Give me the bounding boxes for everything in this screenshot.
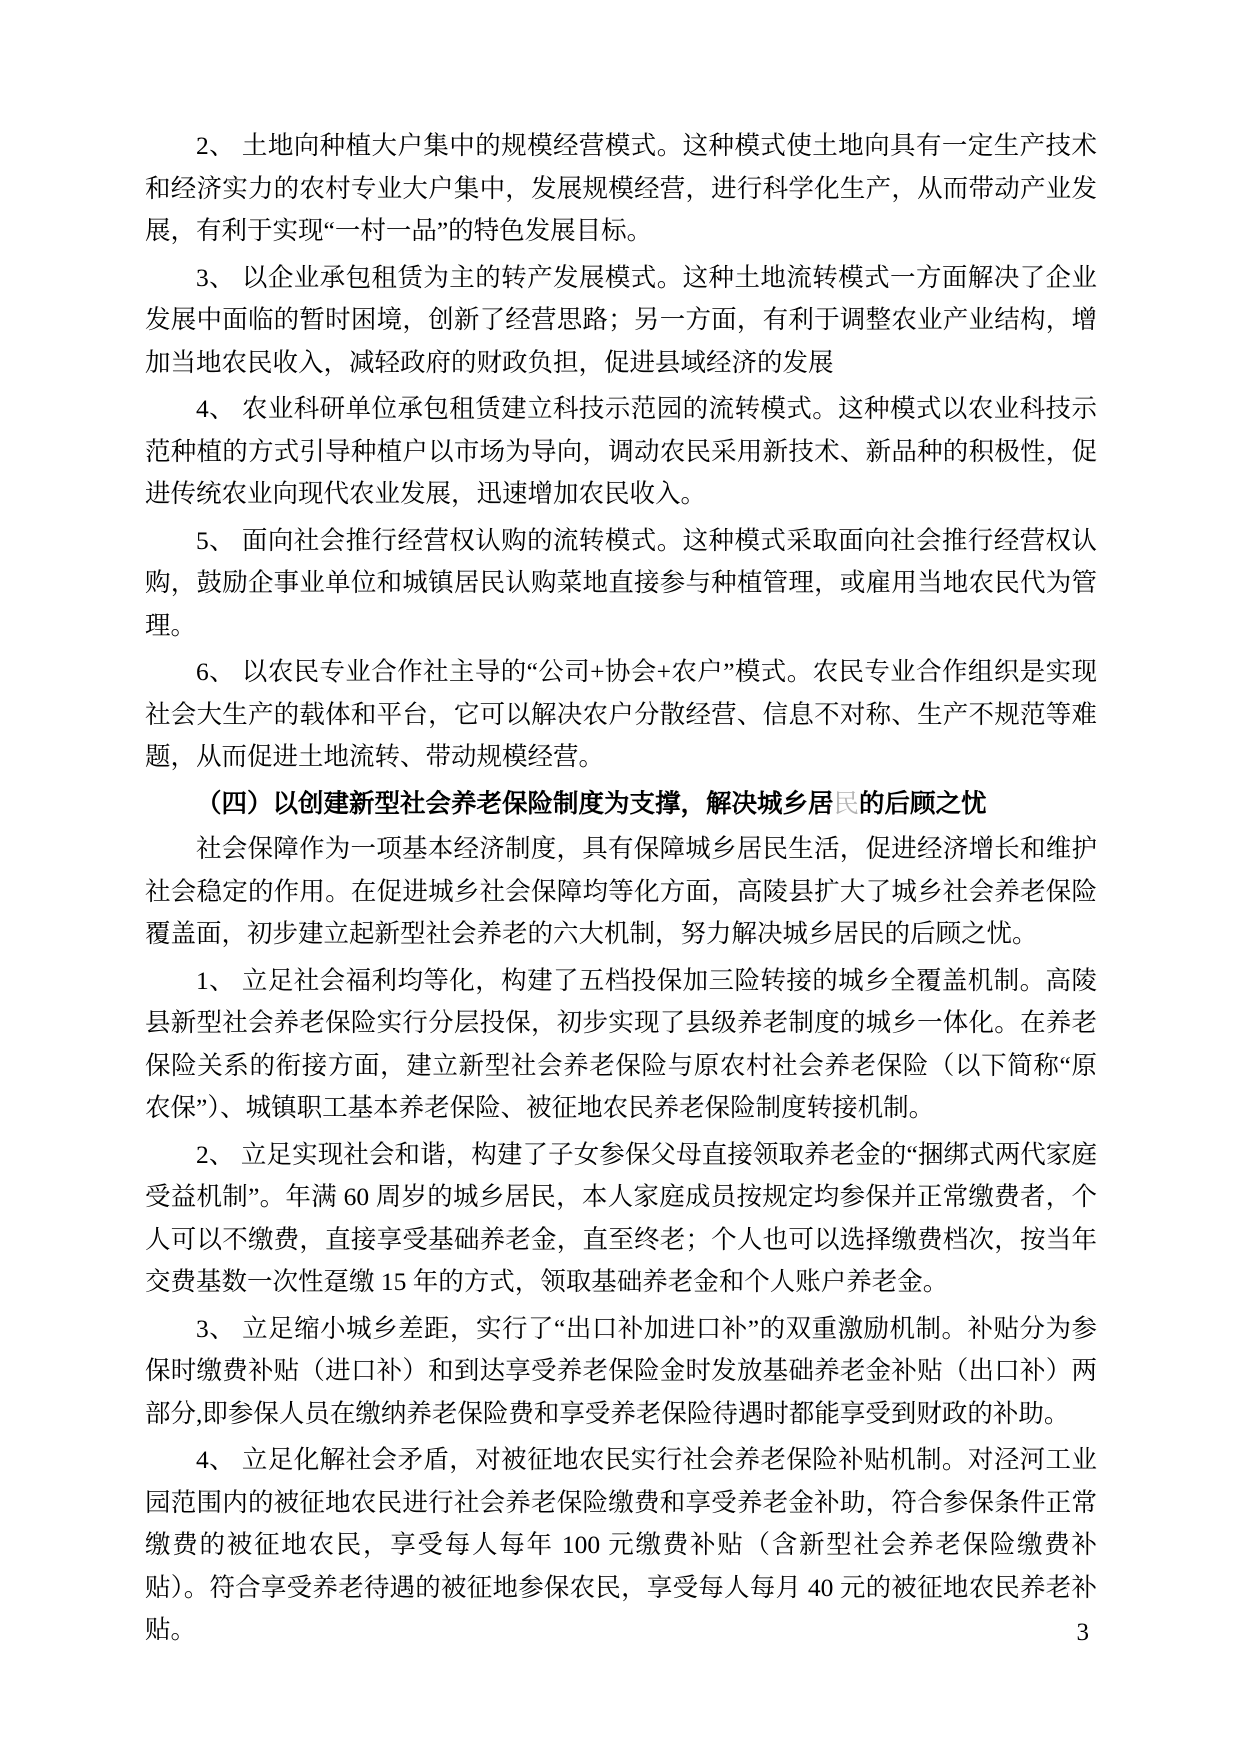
paragraph-social-security-intro: 社会保障作为一项基本经济制度，具有保障城乡居民生活，促进经济增长和维护社会稳定的…: [145, 828, 1097, 956]
section-heading-muted-char: 民: [834, 790, 860, 818]
paragraph-mechanism-2-family-benefit: 2、 立足实现社会和谐，构建了子女参保父母直接领取养老金的“捆绑式两代家庭受益机…: [145, 1134, 1097, 1304]
paragraph-scale-operation-mode: 2、 土地向种植大户集中的规模经营模式。这种模式使土地向具有一定生产技术和经济实…: [145, 125, 1097, 253]
paragraph-mechanism-4-land-expropriated: 4、 立足化解社会矛盾，对被征地农民实行社会养老保险补贴机制。对泾河工业园范围内…: [145, 1439, 1097, 1652]
paragraph-mechanism-3-dual-subsidy: 3、 立足缩小城乡差距，实行了“出口补加进口补”的双重激励机制。补贴分为参保时缴…: [145, 1308, 1097, 1436]
section-heading-text-suffix: 的后顾之忧: [859, 790, 987, 818]
paragraph-mechanism-1-full-coverage: 1、 立足社会福利均等化，构建了五档投保加三险转接的城乡全覆盖机制。高陵县新型社…: [145, 960, 1097, 1130]
page-number: 3: [1077, 1616, 1090, 1650]
paragraph-cooperative-mode: 6、 以农民专业合作社主导的“公司+协会+农户”模式。农民专业合作组织是实现社会…: [145, 651, 1097, 779]
paragraph-enterprise-lease-mode: 3、 以企业承包租赁为主的转产发展模式。这种土地流转模式一方面解决了企业发展中面…: [145, 257, 1097, 385]
paragraph-public-subscription-mode: 5、 面向社会推行经营权认购的流转模式。这种模式采取面向社会推行经营权认购，鼓励…: [145, 520, 1097, 648]
document-page: 2、 土地向种植大户集中的规模经营模式。这种模式使土地向具有一定生产技术和经济实…: [0, 0, 1241, 1754]
section-heading-text-prefix: （四）以创建新型社会养老保险制度为支撑，解决城乡居: [196, 790, 834, 818]
paragraph-agritech-park-mode: 4、 农业科研单位承包租赁建立科技示范园的流转模式。这种模式以农业科技示范种植的…: [145, 388, 1097, 516]
section-heading-four: （四）以创建新型社会养老保险制度为支撑，解决城乡居民的后顾之忧: [145, 783, 1097, 826]
